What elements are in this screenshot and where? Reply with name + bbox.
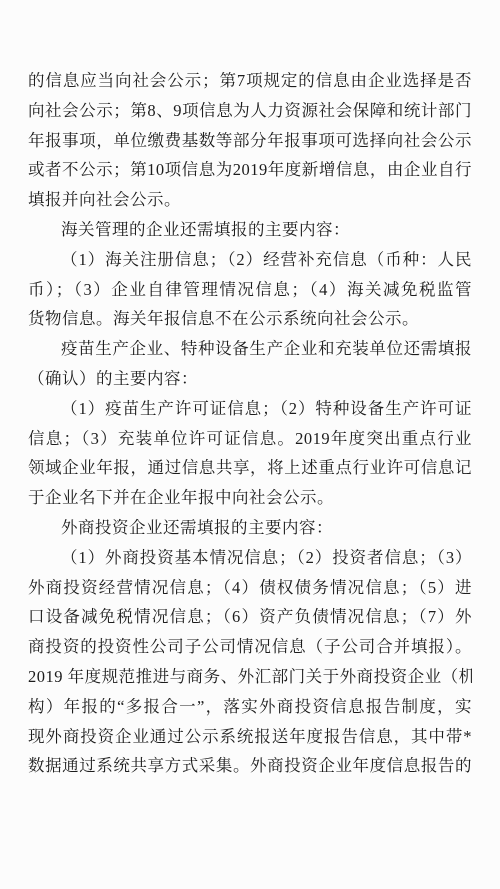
text-line: （1）外商投资基本情况信息；（2）投资者信息；（3）	[28, 543, 472, 573]
text-line: 的信息应当向社会公示；第7项规定的信息由企业选择是否	[28, 66, 472, 96]
text-line: （1）疫苗生产许可证信息；（2）特种设备生产许可证	[28, 394, 472, 424]
text-line: （确认）的主要内容：	[28, 364, 472, 394]
text-line: 数据通过系统共享方式采集。外商投资企业年度信息报告的	[28, 751, 472, 781]
text-line: 信息；（3）充装单位许可证信息。2019年度突出重点行业	[28, 424, 472, 454]
document-page: 的信息应当向社会公示；第7项规定的信息由企业选择是否 向社会公示；第8、9项信息…	[0, 0, 500, 889]
text-line: 或者不公示；第10项信息为2019年度新增信息，由企业自行	[28, 155, 472, 185]
text-line: 外商投资企业还需填报的主要内容：	[28, 513, 472, 543]
text-line: 商投资的投资性公司子公司情况信息（子公司合并填报）。	[28, 632, 472, 662]
text-line: 年报事项，单位缴费基数等部分年报事项可选择向社会公示	[28, 126, 472, 156]
text-line: 疫苗生产企业、特种设备生产企业和充装单位还需填报	[28, 334, 472, 364]
text-line: 向社会公示；第8、9项信息为人力资源社会保障和统计部门	[28, 96, 472, 126]
text-line: 现外商投资企业通过公示系统报送年度报告信息，其中带*	[28, 722, 472, 752]
text-line: 海关管理的企业还需填报的主要内容：	[28, 215, 472, 245]
text-line: 币）；（3）企业自律管理情况信息；（4）海关减免税监管	[28, 275, 472, 305]
text-line: 构）年报的“多报合一”，落实外商投资信息报告制度，实	[28, 692, 472, 722]
text-line: 2019 年度规范推进与商务、外汇部门关于外商投资企业（机	[28, 662, 472, 692]
text-line: 口设备减免税情况信息；（6）资产负债情况信息；（7）外	[28, 602, 472, 632]
text-line: （1）海关注册信息；（2）经营补充信息（币种：人民	[28, 245, 472, 275]
text-block: 的信息应当向社会公示；第7项规定的信息由企业选择是否 向社会公示；第8、9项信息…	[28, 66, 472, 781]
text-line: 领域企业年报，通过信息共享，将上述重点行业许可信息记	[28, 453, 472, 483]
text-line: 外商投资经营情况信息；（4）债权债务情况信息；（5）进	[28, 573, 472, 603]
text-line: 于企业名下并在企业年报中向社会公示。	[28, 483, 472, 513]
text-line: 货物信息。海关年报信息不在公示系统向社会公示。	[28, 304, 472, 334]
text-line: 填报并向社会公示。	[28, 185, 472, 215]
